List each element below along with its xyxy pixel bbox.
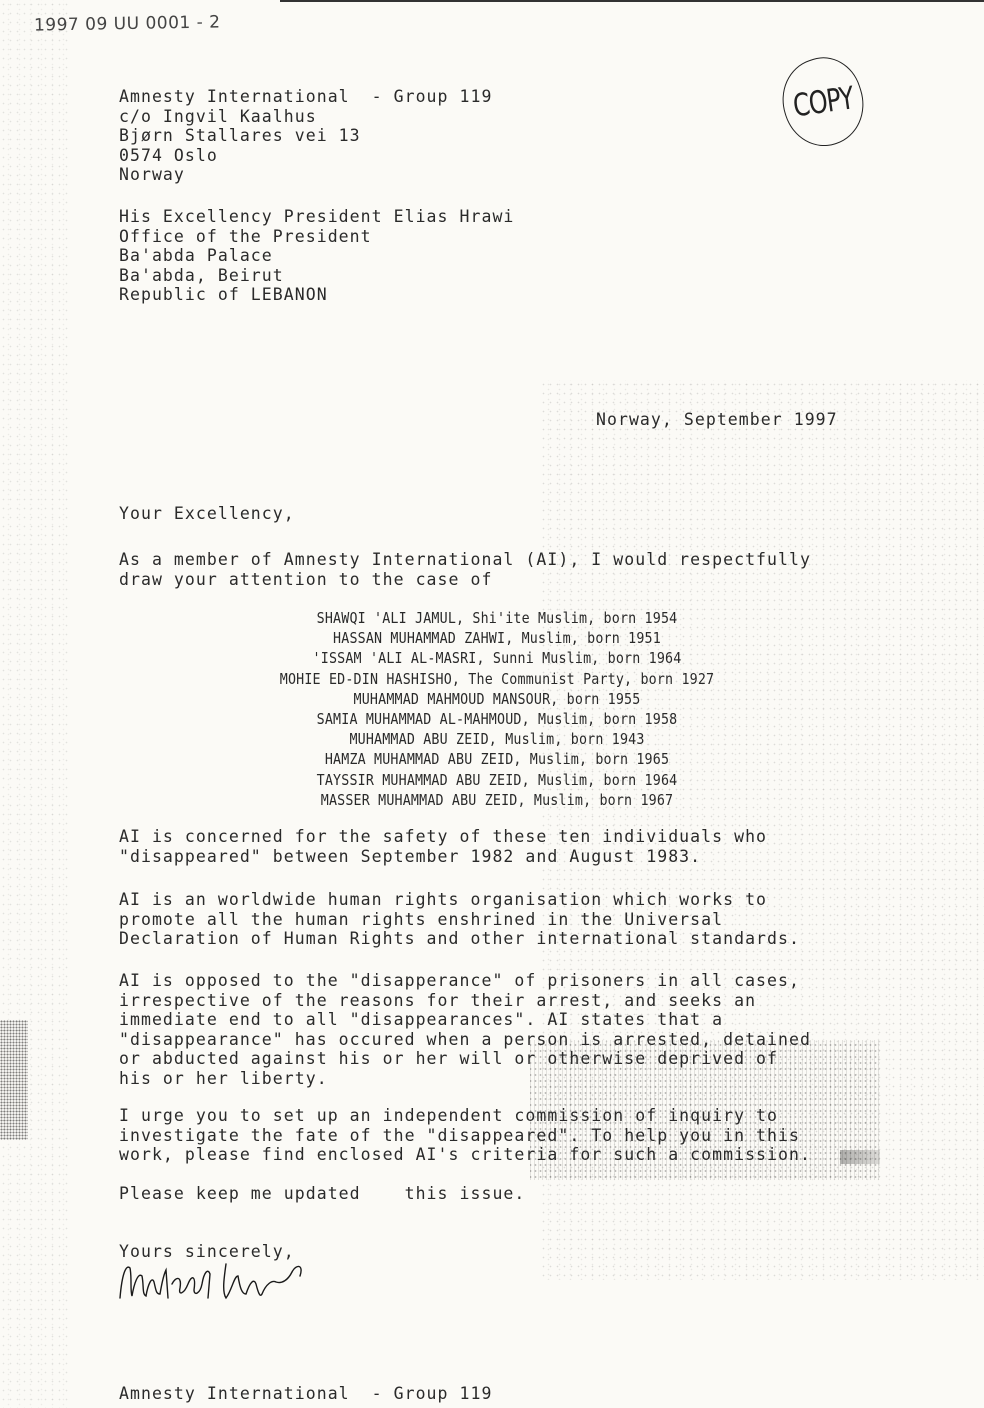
- persons-list: SHAWQI 'ALI JAMUL, Shi'ite Muslim, born …: [120, 608, 874, 810]
- recipient-line: Republic of LEBANON: [119, 285, 514, 305]
- person-entry: 'ISSAM 'ALI AL-MASRI, Sunni Muslim, born…: [173, 648, 821, 668]
- sender-line: Bjørn Stallares vei 13: [119, 126, 492, 146]
- copy-stamp: COPY: [771, 48, 874, 156]
- footer-sender: Amnesty International - Group 119: [119, 1384, 492, 1404]
- sender-line: 0574 Oslo: [119, 146, 492, 166]
- recipient-line: His Excellency President Elias Hrawi: [119, 207, 514, 227]
- copy-stamp-text: COPY: [791, 80, 856, 124]
- paragraph-line: draw your attention to the case of: [119, 570, 811, 590]
- paragraph-line: AI is an worldwide human rights organisa…: [119, 890, 899, 910]
- paragraph-position: AI is opposed to the "disapperance" of p…: [119, 971, 899, 1088]
- paragraph-line: irrespective of the reasons for their ar…: [119, 991, 899, 1011]
- person-entry: HASSAN MUHAMMAD ZAHWI, Muslim, born 1951: [173, 628, 821, 648]
- person-entry: MUHAMMAD MAHMOUD MANSOUR, born 1955: [173, 689, 821, 709]
- paragraph-line: or abducted against his or her will or o…: [119, 1049, 899, 1069]
- paragraph-line: immediate end to all "disappearances". A…: [119, 1010, 899, 1030]
- sender-address: Amnesty International - Group 119 c/o In…: [119, 87, 492, 185]
- person-entry: MASSER MUHAMMAD ABU ZEID, Muslim, born 1…: [173, 790, 821, 810]
- person-entry: SHAWQI 'ALI JAMUL, Shi'ite Muslim, born …: [173, 608, 821, 628]
- sender-line: c/o Ingvil Kaalhus: [119, 107, 492, 127]
- paragraph-concern: AI is concerned for the safety of these …: [119, 827, 899, 866]
- scan-top-edge: [280, 0, 984, 2]
- footer-text: Amnesty International - Group 119: [119, 1384, 492, 1404]
- person-entry: HAMZA MUHAMMAD ABU ZEID, Muslim, born 19…: [173, 749, 821, 769]
- paragraph-line: his or her liberty.: [119, 1069, 899, 1089]
- person-entry: MOHIE ED-DIN HASHISHO, The Communist Par…: [173, 669, 821, 689]
- person-entry: TAYSSIR MUHAMMAD ABU ZEID, Muslim, born …: [173, 770, 821, 790]
- paragraph-line: promote all the human rights enshrined i…: [119, 910, 899, 930]
- paragraph-line: AI is concerned for the safety of these …: [119, 827, 899, 847]
- photocopy-edge-smudge: [0, 1020, 28, 1140]
- sender-line: Norway: [119, 165, 492, 185]
- paragraph-line: "disappeared" between September 1982 and…: [119, 847, 899, 867]
- paragraph-about-ai: AI is an worldwide human rights organisa…: [119, 890, 899, 949]
- recipient-line: Ba'abda, Beirut: [119, 266, 514, 286]
- paragraph-line: Declaration of Human Rights and other in…: [119, 929, 899, 949]
- paragraph-request: I urge you to set up an independent comm…: [119, 1106, 899, 1165]
- recipient-line: Office of the President: [119, 227, 514, 247]
- paragraph-line: work, please find enclosed AI's criteria…: [119, 1145, 899, 1165]
- recipient-address: His Excellency President Elias Hrawi Off…: [119, 207, 514, 305]
- person-entry: SAMIA MUHAMMAD AL-MAHMOUD, Muslim, born …: [173, 709, 821, 729]
- paragraph-line: investigate the fate of the "disappeared…: [119, 1126, 899, 1146]
- salutation-text: Your Excellency,: [119, 504, 295, 524]
- paragraph-line: "disappearance" has occured when a perso…: [119, 1030, 899, 1050]
- recipient-line: Ba'abda Palace: [119, 246, 514, 266]
- paragraph-line: As a member of Amnesty International (AI…: [119, 550, 811, 570]
- person-entry: MUHAMMAD ABU ZEID, Muslim, born 1943: [173, 729, 821, 749]
- salutation: Your Excellency,: [119, 504, 295, 524]
- handwritten-reference: 1997 09 UU 0001 - 2: [34, 12, 221, 35]
- paragraph-update: Please keep me updated this issue.: [119, 1184, 899, 1204]
- letter-page: 1997 09 UU 0001 - 2 COPY Amnesty Interna…: [0, 0, 984, 1408]
- handwritten-signature: [116, 1254, 366, 1304]
- photocopy-noise-left: [0, 0, 70, 1408]
- letter-date: Norway, September 1997: [596, 410, 838, 429]
- paragraph-line: I urge you to set up an independent comm…: [119, 1106, 899, 1126]
- sender-line: Amnesty International - Group 119: [119, 87, 492, 107]
- intro-paragraph: As a member of Amnesty International (AI…: [119, 550, 811, 589]
- paragraph-line: AI is opposed to the "disapperance" of p…: [119, 971, 899, 991]
- paragraph-line: Please keep me updated this issue.: [119, 1184, 899, 1204]
